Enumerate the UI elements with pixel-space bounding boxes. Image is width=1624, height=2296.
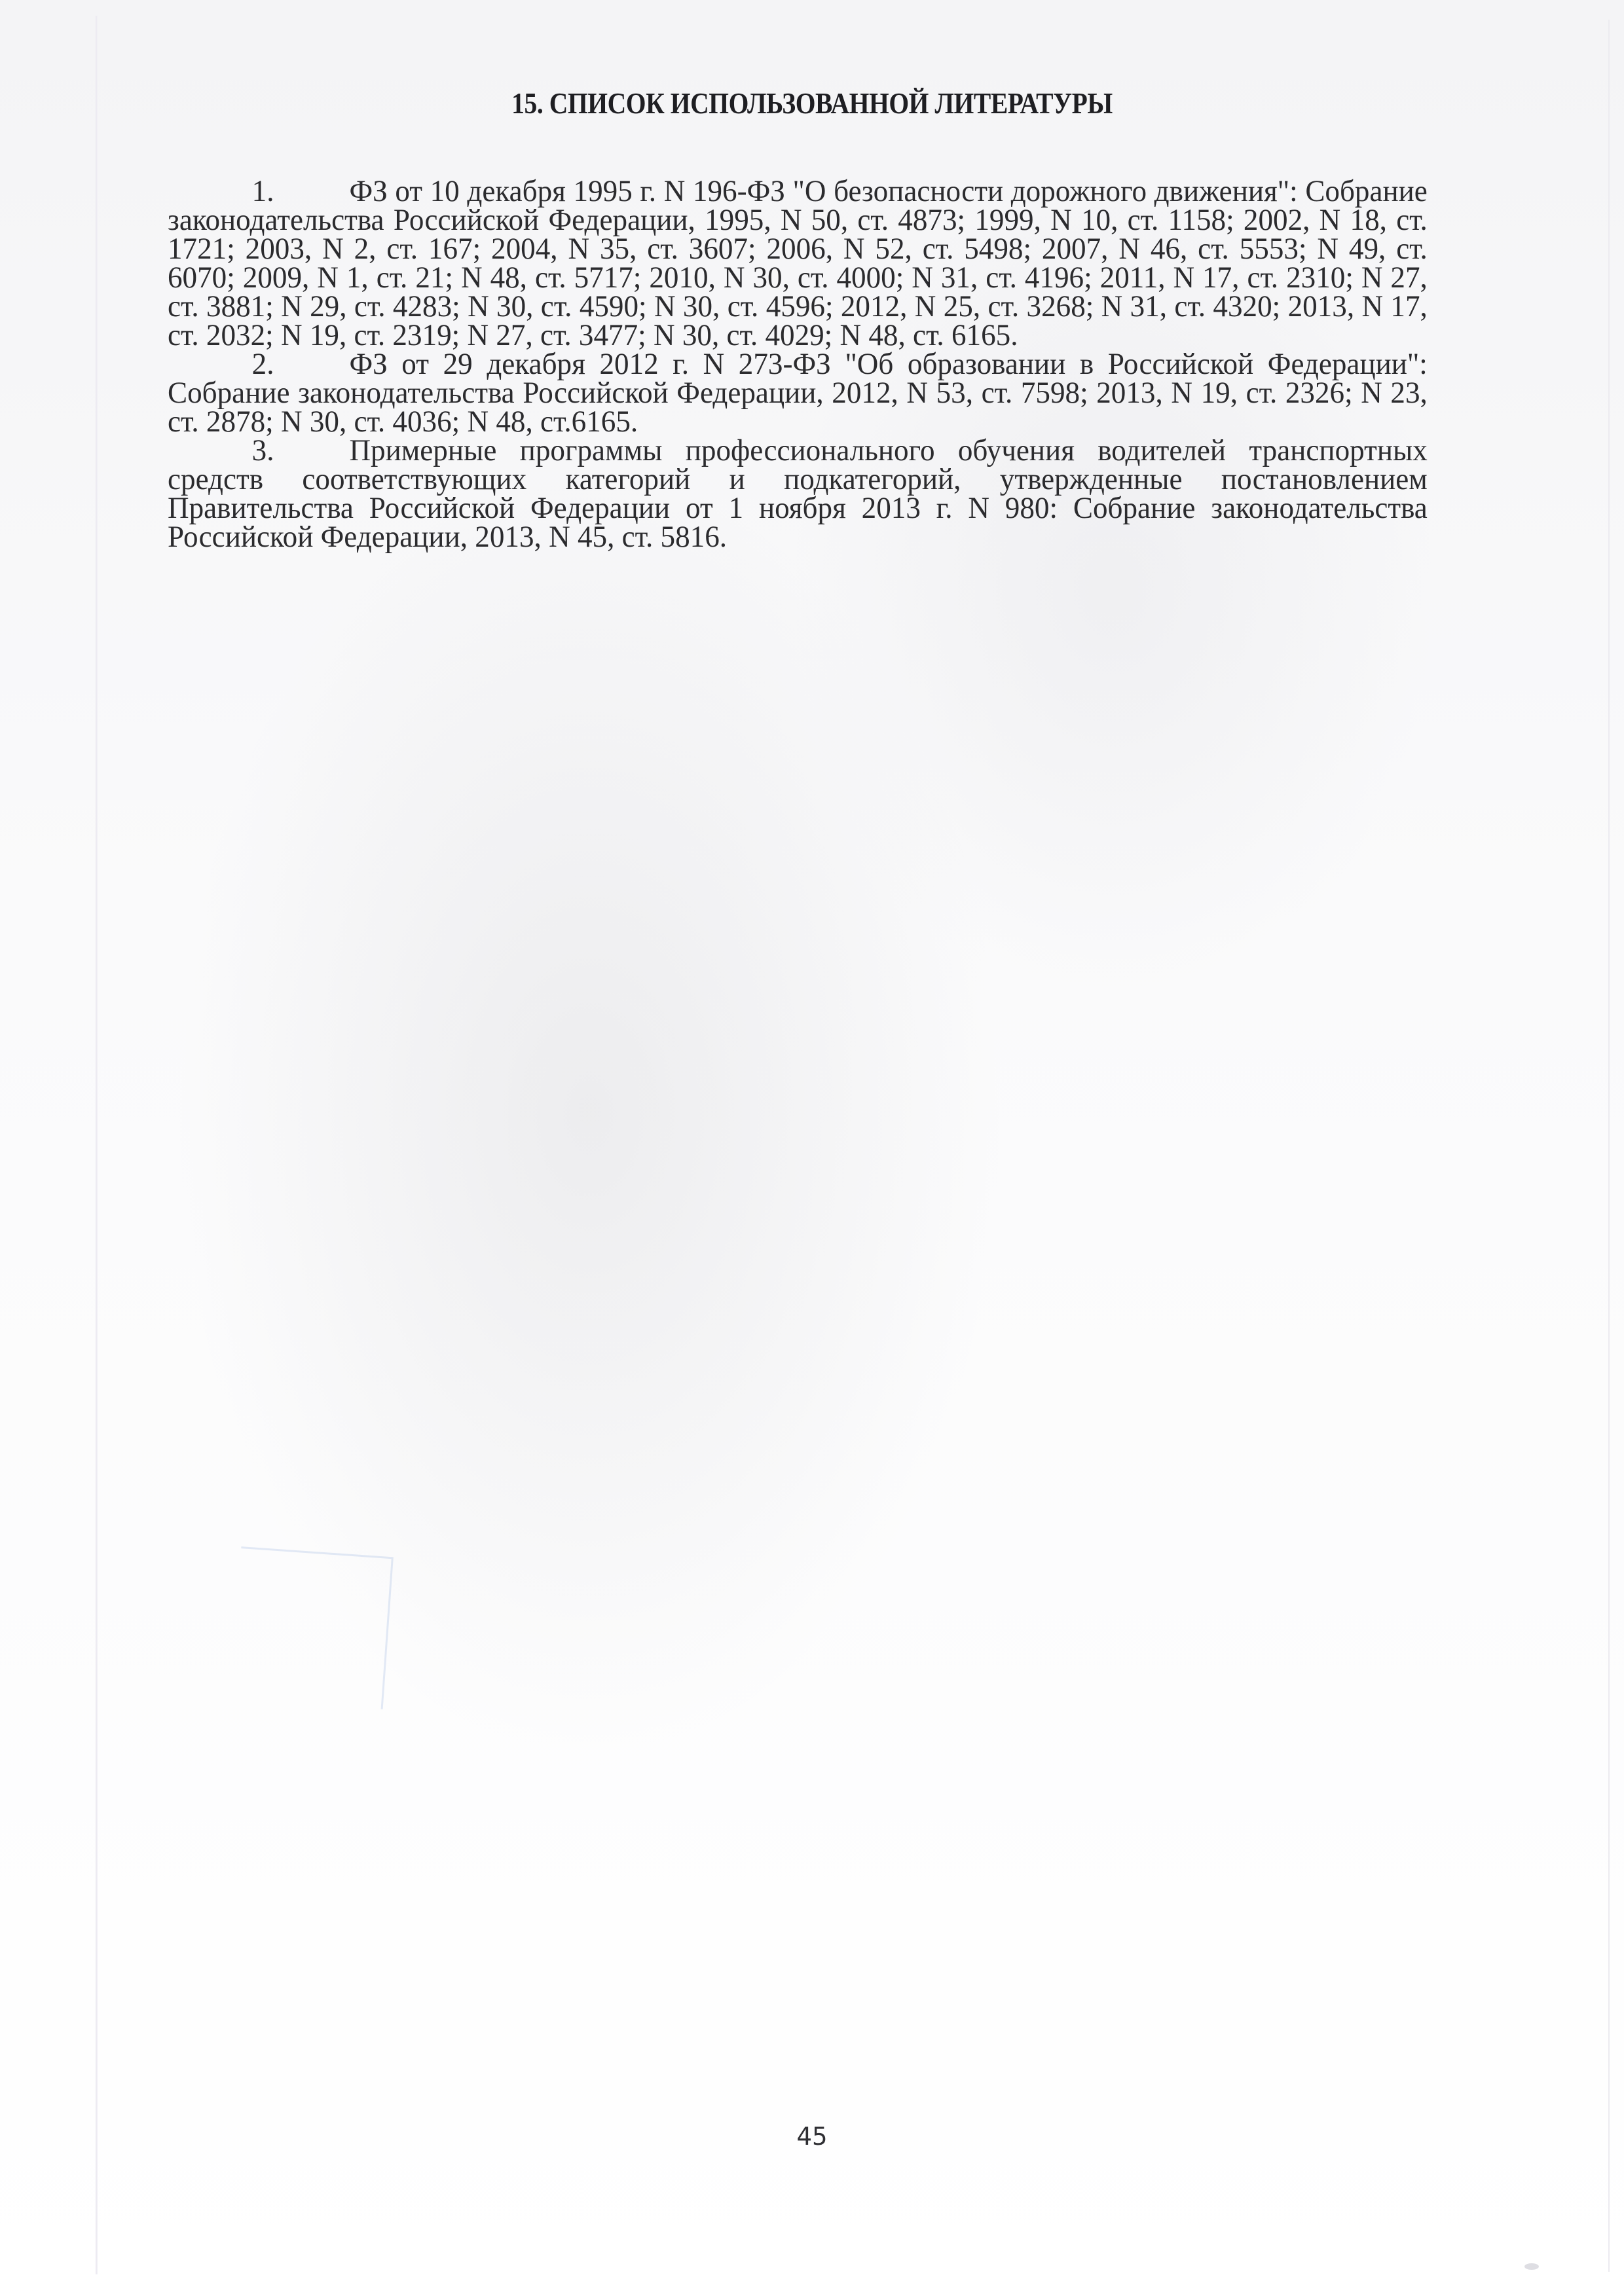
- scan-edge-left: [96, 16, 98, 2274]
- reference-item: 2.ФЗ от 29 декабря 2012 г. N 273-ФЗ "Об …: [168, 350, 1428, 436]
- section-title: 15. СПИСОК ИСПОЛЬЗОВАННОЙ ЛИТЕРАТУРЫ: [114, 86, 1511, 120]
- reference-item: 1.ФЗ от 10 декабря 1995 г. N 196-ФЗ "О б…: [168, 177, 1428, 350]
- scanned-page: 15. СПИСОК ИСПОЛЬЗОВАННОЙ ЛИТЕРАТУРЫ 1.Ф…: [0, 0, 1624, 2296]
- stamp-ghost-mark: [231, 1546, 394, 1709]
- reference-item: 3.Примерные программы профессионального …: [168, 436, 1428, 551]
- reference-number: 3.: [252, 436, 350, 465]
- scan-speck: [1524, 2263, 1539, 2270]
- references-list: 1.ФЗ от 10 декабря 1995 г. N 196-ФЗ "О б…: [168, 177, 1428, 551]
- reference-text: Примерные программы профессионального об…: [168, 433, 1428, 554]
- page-number: 45: [0, 2123, 1624, 2151]
- scan-edge-right: [1608, 20, 1610, 2272]
- reference-number: 1.: [252, 177, 350, 206]
- reference-text: ФЗ от 29 декабря 2012 г. N 273-ФЗ "Об об…: [168, 347, 1428, 439]
- reference-text: ФЗ от 10 декабря 1995 г. N 196-ФЗ "О без…: [168, 174, 1428, 352]
- reference-number: 2.: [252, 350, 350, 378]
